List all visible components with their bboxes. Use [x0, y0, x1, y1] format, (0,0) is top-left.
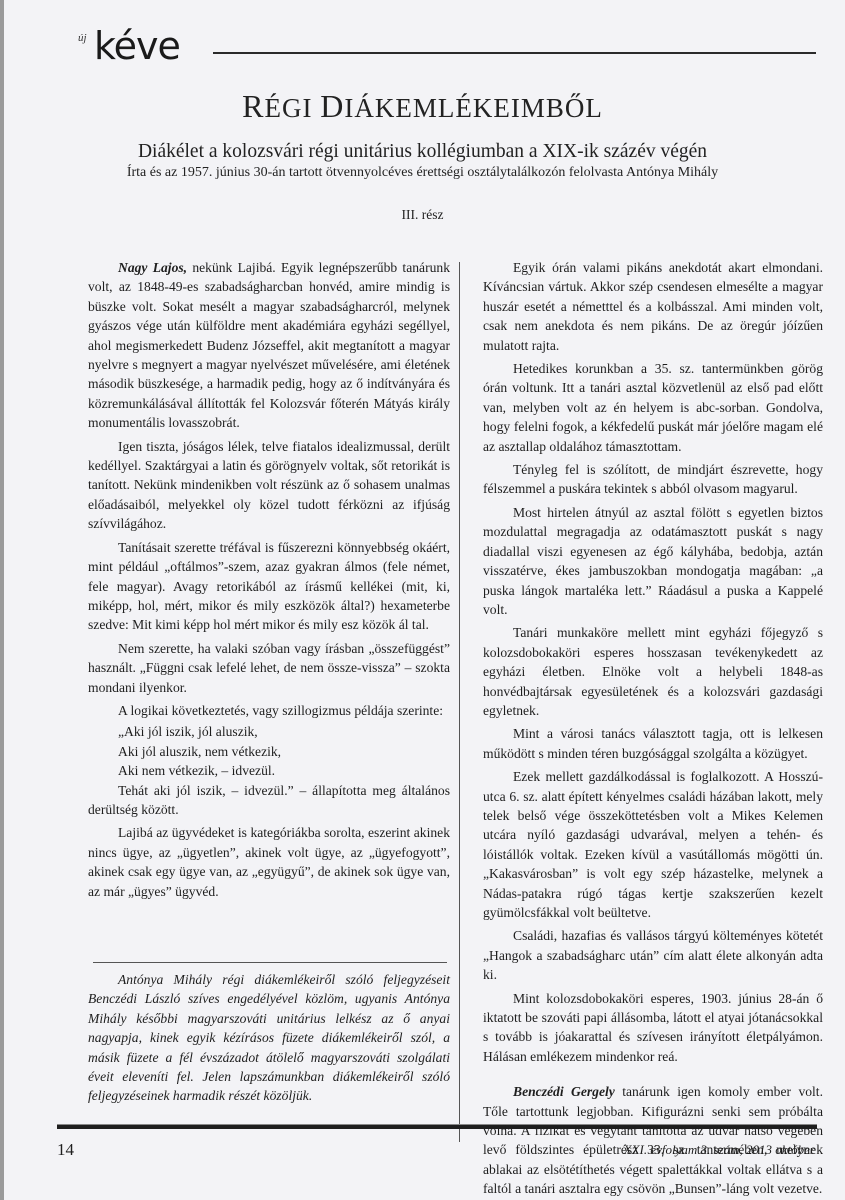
paragraph: Benczédi Gergely tanárunk igen komoly em…	[483, 1082, 823, 1198]
paragraph: Ezek mellett gazdálkodással is foglalkoz…	[483, 767, 823, 922]
article-byline: Írta és az 1957. június 30-án tartott öt…	[0, 165, 845, 181]
title-initial: R	[242, 88, 264, 124]
note-rule	[93, 962, 447, 963]
paragraph: Tanításait szerette tréfával is fűszerez…	[88, 538, 450, 635]
masthead-prefix: új	[78, 32, 87, 44]
paragraph: Nem szerette, ha valaki szóban vagy írás…	[88, 639, 450, 697]
column-divider	[459, 262, 460, 1142]
masthead-rule	[213, 52, 816, 54]
page-number: 14	[57, 1140, 74, 1160]
verse-line: Aki jól aluszik, nem vétkezik,	[88, 742, 450, 761]
paragraph: A logikai következtetés, vagy szillogizm…	[88, 701, 450, 720]
person-name: Benczédi Gergely	[513, 1084, 615, 1099]
footer-rule	[57, 1124, 817, 1129]
title-initial: D	[320, 88, 344, 124]
paragraph: Egyik órán valami pikáns anekdotát akart…	[483, 258, 823, 355]
paragraph: Mint kolozsdobokaköri esperes, 1903. jún…	[483, 989, 823, 1067]
paragraph: Most hirtelen átnyúl az asztal fölött s …	[483, 503, 823, 619]
paragraph-text: tanárunk igen komoly ember volt. Tőle ta…	[483, 1084, 823, 1196]
paragraph: Igen tiszta, jóságos lélek, telve fiatal…	[88, 437, 450, 534]
masthead-logo: kéve	[94, 24, 180, 68]
verse-line: Aki nem vétkezik, – idvezül.	[88, 761, 450, 780]
left-column: Nagy Lajos, nekünk Lajibá. Egyik legnéps…	[88, 258, 450, 901]
article-part: III. rész	[0, 207, 845, 223]
paragraph: Lajibá az ügyvédeket is kategóriákba sor…	[88, 823, 450, 901]
paragraph: Hetedikes korunkban a 35. sz. tantermünk…	[483, 359, 823, 456]
issue-info: XXI. évfolyam 3. szám, 2013 október	[624, 1142, 815, 1158]
article-title: RÉGI DIÁKEMLÉKEIMBŐL	[0, 88, 845, 125]
editor-note: Antónya Mihály régi diákemlékeiről szóló…	[88, 970, 450, 1106]
article-subtitle: Diákélet a kolozsvári régi unitárius kol…	[0, 141, 845, 163]
editor-note-text: Antónya Mihály régi diákemlékeiről szóló…	[88, 970, 450, 1106]
masthead: új kéve	[78, 30, 816, 70]
verse-line: „Aki jól iszik, jól aluszik,	[88, 722, 450, 741]
title-part: ÉGI	[265, 93, 321, 123]
paragraph: Családi, hazafias és vallásos tárgyú köl…	[483, 926, 823, 984]
paragraph: Mint a városi tanács választott tagja, o…	[483, 724, 823, 763]
paragraph-text: nekünk Lajibá. Egyik legnépszerűbb tanár…	[88, 260, 450, 430]
paragraph: Tényleg fel is szólított, de mindjárt és…	[483, 460, 823, 499]
person-name: Nagy Lajos,	[118, 260, 187, 275]
paragraph: Nagy Lajos, nekünk Lajibá. Egyik legnéps…	[88, 258, 450, 433]
paragraph: Tanári munkaköre mellett mint egyházi fő…	[483, 623, 823, 720]
paragraph: Tehát aki jól iszik, – idvezül.” – állap…	[88, 781, 450, 820]
right-column: Egyik órán valami pikáns anekdotát akart…	[483, 258, 823, 1199]
title-part: IÁKEMLÉKEIMBŐL	[344, 93, 602, 123]
